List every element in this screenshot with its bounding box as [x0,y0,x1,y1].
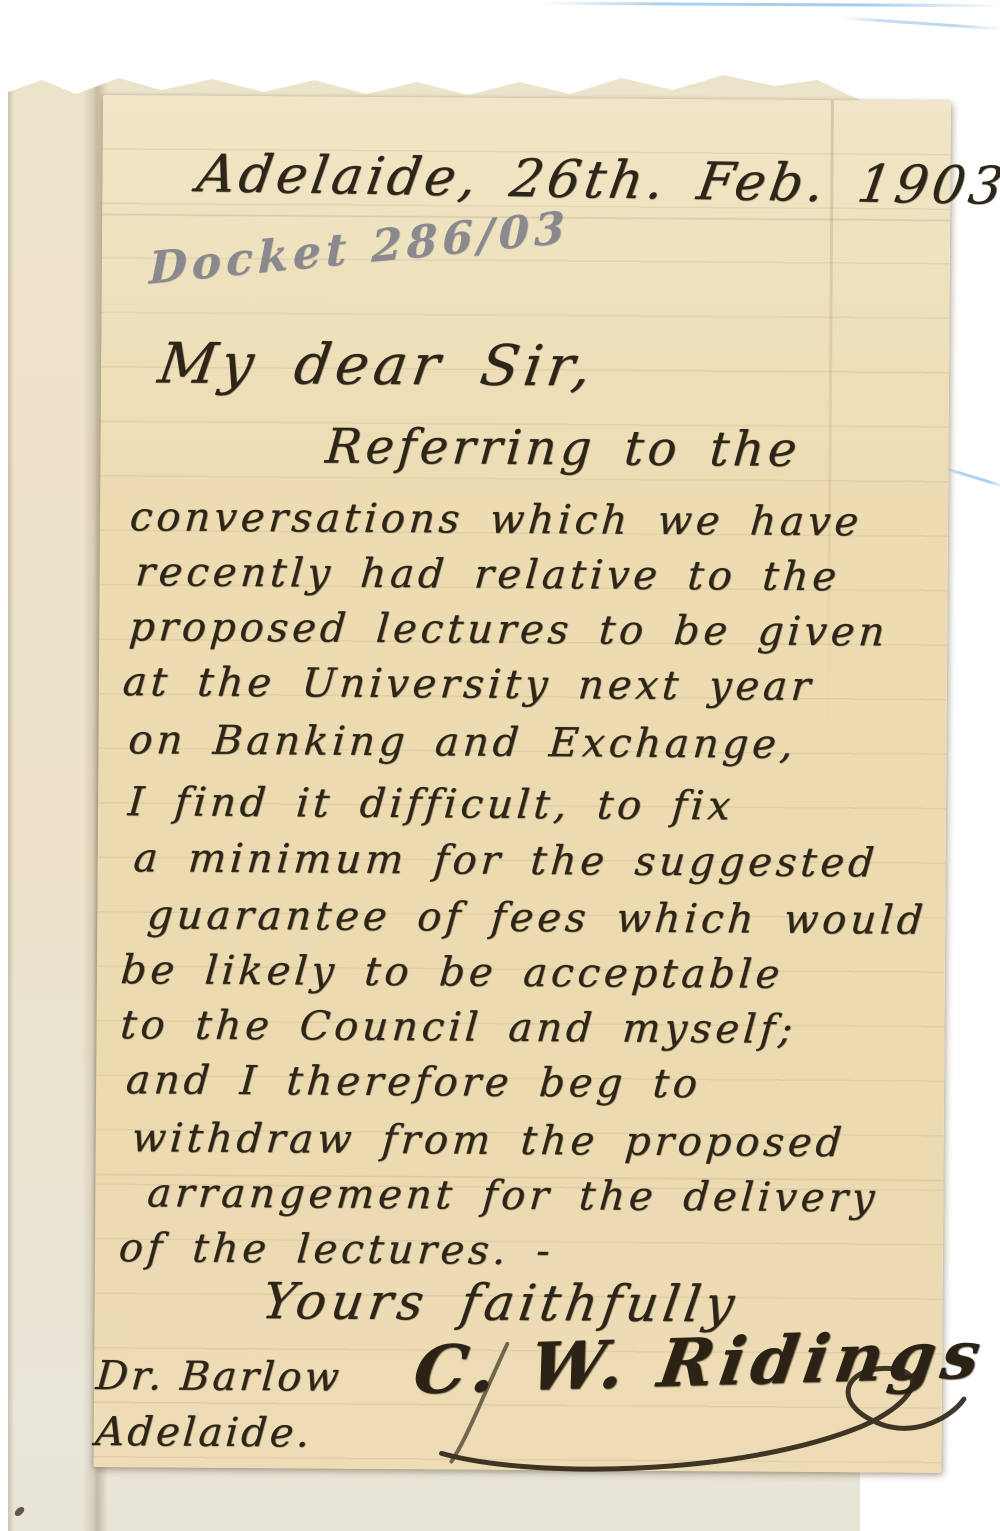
body-line: Referring to the [323,419,802,478]
body-line: be likely to be acceptable [119,947,785,998]
scanner-artifact-line [943,466,1000,488]
scanner-artifact-line [540,2,1000,7]
signature-block: C. W. Ridings [411,1303,972,1487]
body-line: withdraw from the proposed [130,1115,847,1166]
addressee-name: Dr. Barlow [94,1353,343,1401]
body-line: I find it difficult, to fix [126,779,736,829]
scanner-artifact-line [842,16,1000,30]
body-line: a minimum for the suggested [132,835,880,886]
scanned-letter-canvas: Adelaide, 26th. Feb. 1903 Docket 286/03 … [0,0,1000,1531]
letter-page: Adelaide, 26th. Feb. 1903 Docket 286/03 … [93,95,951,1473]
body-line: at the University next year [121,659,816,710]
backing-page-left-edge [8,70,14,1531]
body-line: guarantee of fees which would [146,892,929,943]
body-line: proposed lectures to be given [128,604,891,655]
addressee-place: Adelaide. [94,1409,314,1456]
dateline: Adelaide, 26th. Feb. 1903 [193,144,1000,217]
body-line: arrangement for the delivery [146,1170,880,1221]
body-line: conversations which we have [128,494,864,545]
body-line: and I therefore beg to [124,1057,702,1107]
body-line: of the lectures. - [117,1225,555,1274]
body-line: on Banking and Exchange, [127,717,799,768]
salutation: My dear Sir, [154,331,600,399]
body-line: to the Council and myself; [119,1002,798,1053]
signature-name: C. W. Ridings [409,1315,991,1409]
body-line: recently had relative to the [134,549,842,600]
